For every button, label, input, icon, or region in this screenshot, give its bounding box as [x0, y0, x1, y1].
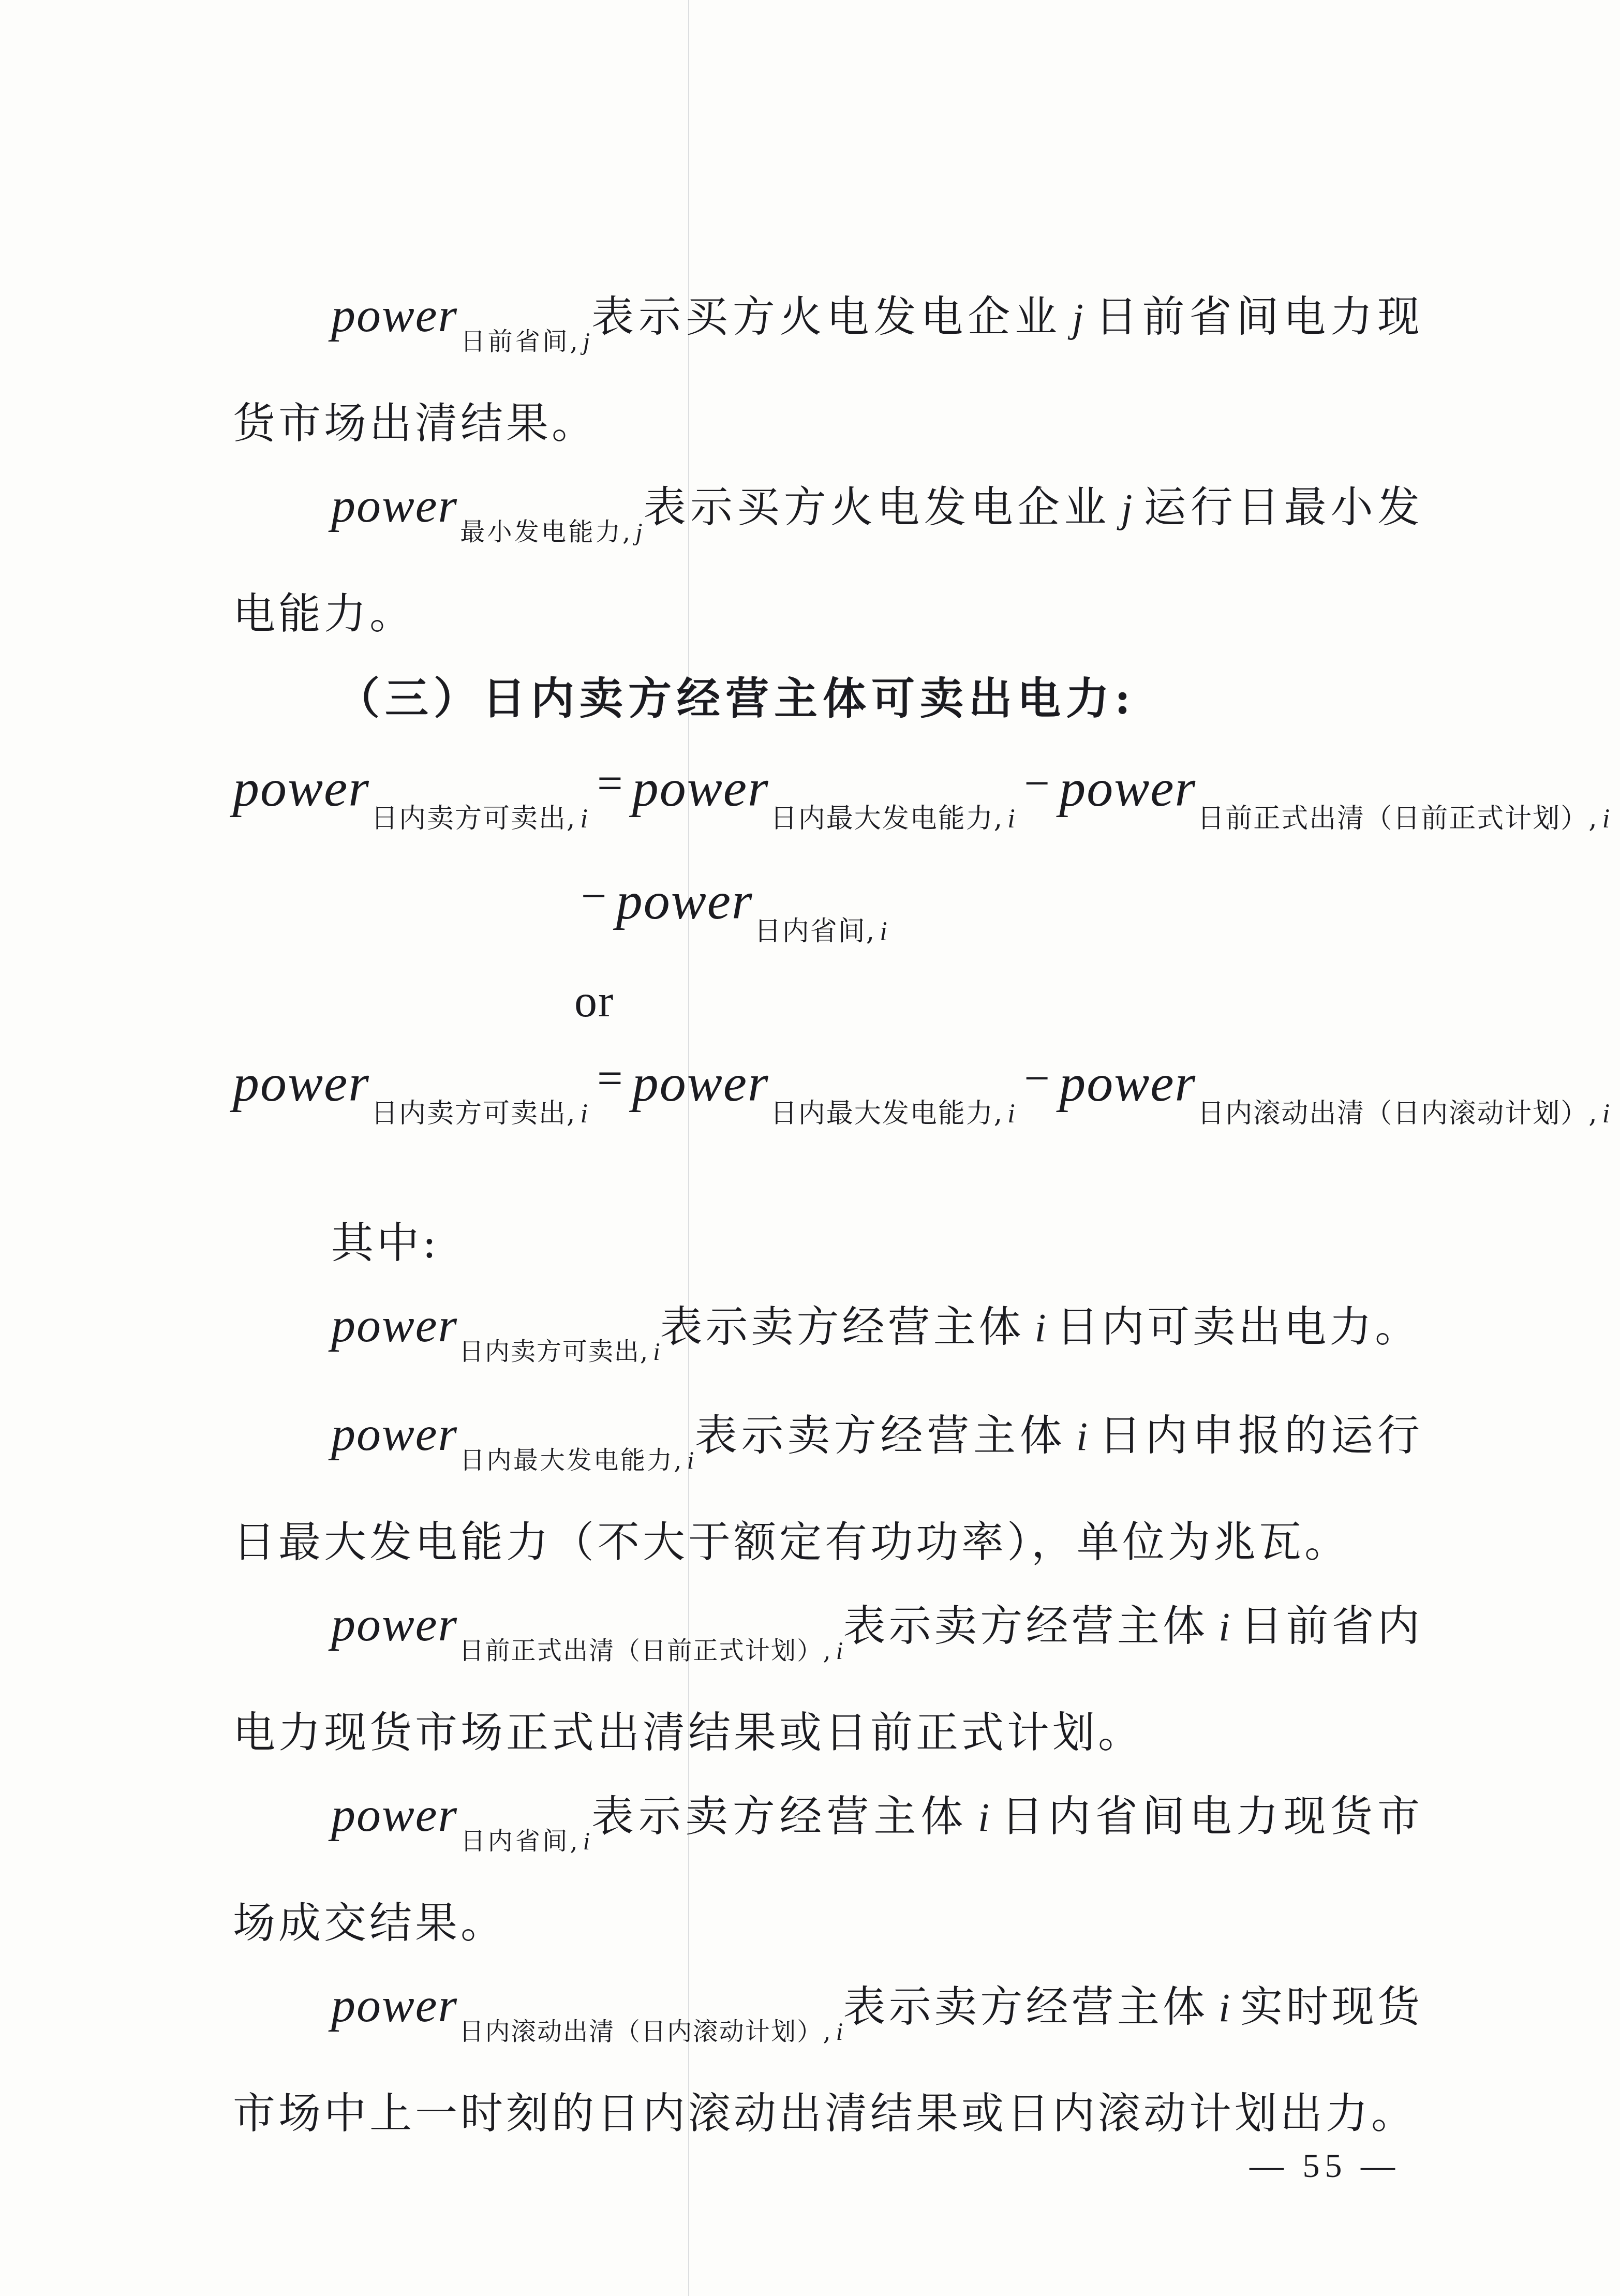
text-run: （三）日内卖方经营主体可卖出电力:	[336, 673, 1136, 724]
power-subscript: 日内卖方可卖出,i	[371, 803, 588, 834]
power-term: power日前省间,j	[331, 292, 590, 342]
minus-operator: −	[1024, 759, 1050, 809]
power-subscript: 日前正式出清（日前正式计划）,i	[459, 1636, 843, 1665]
power-term: power日内最大发电能力,i	[331, 1411, 694, 1460]
power-word: power	[331, 288, 458, 342]
variable: i	[978, 1795, 989, 1840]
power-term: power日内滚动出清（日内滚动计划）,i	[331, 1982, 843, 2032]
subscript-variable: i	[687, 1447, 694, 1474]
power-term: power日内最大发电能力,i	[632, 767, 1015, 816]
paragraph-power-min-generation-buyer: power最小发电能力,j表示买方火电发电企业j运行日最小发电能力。	[233, 465, 1423, 655]
subscript-variable: i	[836, 2018, 843, 2046]
variable: i	[1076, 1414, 1088, 1459]
minus-operator: −	[581, 871, 607, 922]
equals-operator: =	[597, 1054, 623, 1104]
subscript-variable: i	[581, 1099, 588, 1129]
equals-operator: =	[597, 759, 623, 809]
text-run: 日内可卖出电力。	[1056, 1302, 1420, 1352]
definition-dayahead-formal-clearing: power日前正式出清（日前正式计划）,i表示卖方经营主体i日前省内电力现货市场…	[233, 1583, 1423, 1774]
power-word: power	[331, 1788, 458, 1842]
page-number: — 55 —	[1250, 2146, 1400, 2186]
power-term: power最小发电能力,j	[331, 483, 643, 532]
subscript-variable: j	[635, 519, 642, 546]
power-subscript: 日内省间,i	[754, 916, 887, 947]
power-word: power	[331, 479, 458, 532]
power-word: power	[233, 759, 370, 818]
formula-or-connector: or	[574, 971, 1423, 1033]
minus-operator: −	[1024, 1054, 1050, 1104]
power-word: power	[331, 1407, 458, 1461]
formula-intraday-sellable-line1: power日内卖方可卖出,i=power日内最大发电能力,i−power日前正式…	[233, 745, 1423, 858]
definition-intraday-rolling-clearing: power日内滚动出清（日内滚动计划）,i表示卖方经营主体i实时现货市场中上一时…	[233, 1964, 1423, 2155]
power-subscript: 日内滚动出清（日内滚动计划）,i	[1197, 1098, 1610, 1129]
variable: i	[1218, 1985, 1230, 2030]
subscript-variable: i	[836, 1637, 843, 1665]
power-term: power日内卖方可卖出,i	[233, 767, 588, 816]
power-term: power日前正式出清（日前正式计划）,i	[1059, 767, 1610, 816]
power-word: power	[616, 872, 753, 930]
formula-intraday-sellable-line2: −power日内省间,i	[572, 858, 1423, 971]
power-subscript: 日内卖方可卖出,i	[459, 1337, 660, 1366]
power-term: power日内滚动出清（日内滚动计划）,i	[1059, 1062, 1610, 1111]
text-run: 其中:	[331, 1219, 440, 1268]
text-run: 表示卖方经营主体	[843, 1602, 1208, 1651]
paragraph-power-dayahead-interprov-buyer: power日前省间,j表示买方火电发电企业j日前省间电力现货市场出清结果。	[233, 274, 1423, 465]
power-word: power	[331, 1298, 458, 1352]
power-term: power日内省间,i	[331, 1792, 590, 1841]
power-subscript: 日内最大发电能力,i	[770, 1098, 1015, 1129]
power-subscript: 日内卖方可卖出,i	[371, 1098, 588, 1129]
power-subscript: 日前省间,j	[459, 327, 590, 356]
power-subscript: 日内省间,i	[459, 1827, 590, 1856]
subscript-variable: i	[653, 1338, 660, 1366]
power-word: power	[233, 1054, 370, 1113]
subscript-variable: i	[1007, 804, 1015, 834]
subscript-variable: i	[1007, 1099, 1015, 1129]
power-word: power	[331, 1597, 458, 1651]
variable: j	[1121, 485, 1133, 530]
power-subscript: 日内最大发电能力,i	[770, 803, 1015, 834]
subscript-variable: i	[583, 1828, 590, 1855]
document-page: power日前省间,j表示买方火电发电企业j日前省间电力现货市场出清结果。 po…	[0, 0, 1620, 2296]
power-term: power日内卖方可卖出,i	[331, 1302, 660, 1352]
power-word: power	[1059, 1054, 1196, 1113]
paragraph-where-label: 其中:	[233, 1203, 1423, 1284]
subscript-variable: j	[583, 328, 590, 355]
power-term: power日内最大发电能力,i	[632, 1062, 1015, 1111]
variable: j	[1072, 295, 1083, 340]
definition-intraday-sellable: power日内卖方可卖出,i表示卖方经营主体i日内可卖出电力。	[233, 1284, 1423, 1393]
power-term: power日前正式出清（日前正式计划）,i	[331, 1602, 843, 1651]
text-run: 表示买方火电发电企业	[643, 483, 1111, 532]
text-run: 表示买方火电发电企业	[590, 292, 1062, 342]
power-subscript: 日前正式出清（日前正式计划）,i	[1197, 803, 1610, 834]
power-subscript: 日内最大发电能力,i	[459, 1446, 694, 1475]
page-body: power日前省间,j表示买方火电发电企业j日前省间电力现货市场出清结果。 po…	[233, 274, 1423, 2155]
text-run: 表示卖方经营主体	[843, 1982, 1208, 2032]
power-subscript: 最小发电能力,j	[459, 517, 643, 546]
definition-intraday-max-generation: power日内最大发电能力,i表示卖方经营主体i日内申报的运行日最大发电能力（不…	[233, 1393, 1423, 1583]
formula-intraday-sellable-alternative: power日内卖方可卖出,i=power日内最大发电能力,i−power日内滚动…	[233, 1040, 1423, 1153]
section-heading-intraday-sellable-power: （三）日内卖方经营主体可卖出电力:	[233, 659, 1423, 738]
variable: i	[1035, 1305, 1046, 1350]
power-word: power	[632, 759, 769, 818]
subscript-variable: i	[1602, 804, 1610, 834]
subscript-variable: i	[1602, 1099, 1610, 1129]
power-word: power	[1059, 759, 1196, 818]
subscript-variable: i	[581, 804, 588, 834]
power-subscript: 日内滚动出清（日内滚动计划）,i	[459, 2017, 843, 2046]
power-word: power	[331, 1978, 458, 2032]
power-term: power日内省间,i	[616, 880, 887, 929]
subscript-variable: i	[880, 917, 887, 946]
text-run: 表示卖方经营主体	[590, 1792, 968, 1841]
power-word: power	[632, 1054, 769, 1113]
text-run: 表示卖方经营主体	[660, 1302, 1024, 1352]
power-term: power日内卖方可卖出,i	[233, 1062, 588, 1111]
text-run: or	[574, 976, 614, 1027]
text-run: 表示卖方经营主体	[694, 1411, 1066, 1460]
variable: i	[1218, 1604, 1230, 1649]
definition-intraday-interprovincial: power日内省间,i表示卖方经营主体i日内省间电力现货市场成交结果。	[233, 1774, 1423, 1964]
